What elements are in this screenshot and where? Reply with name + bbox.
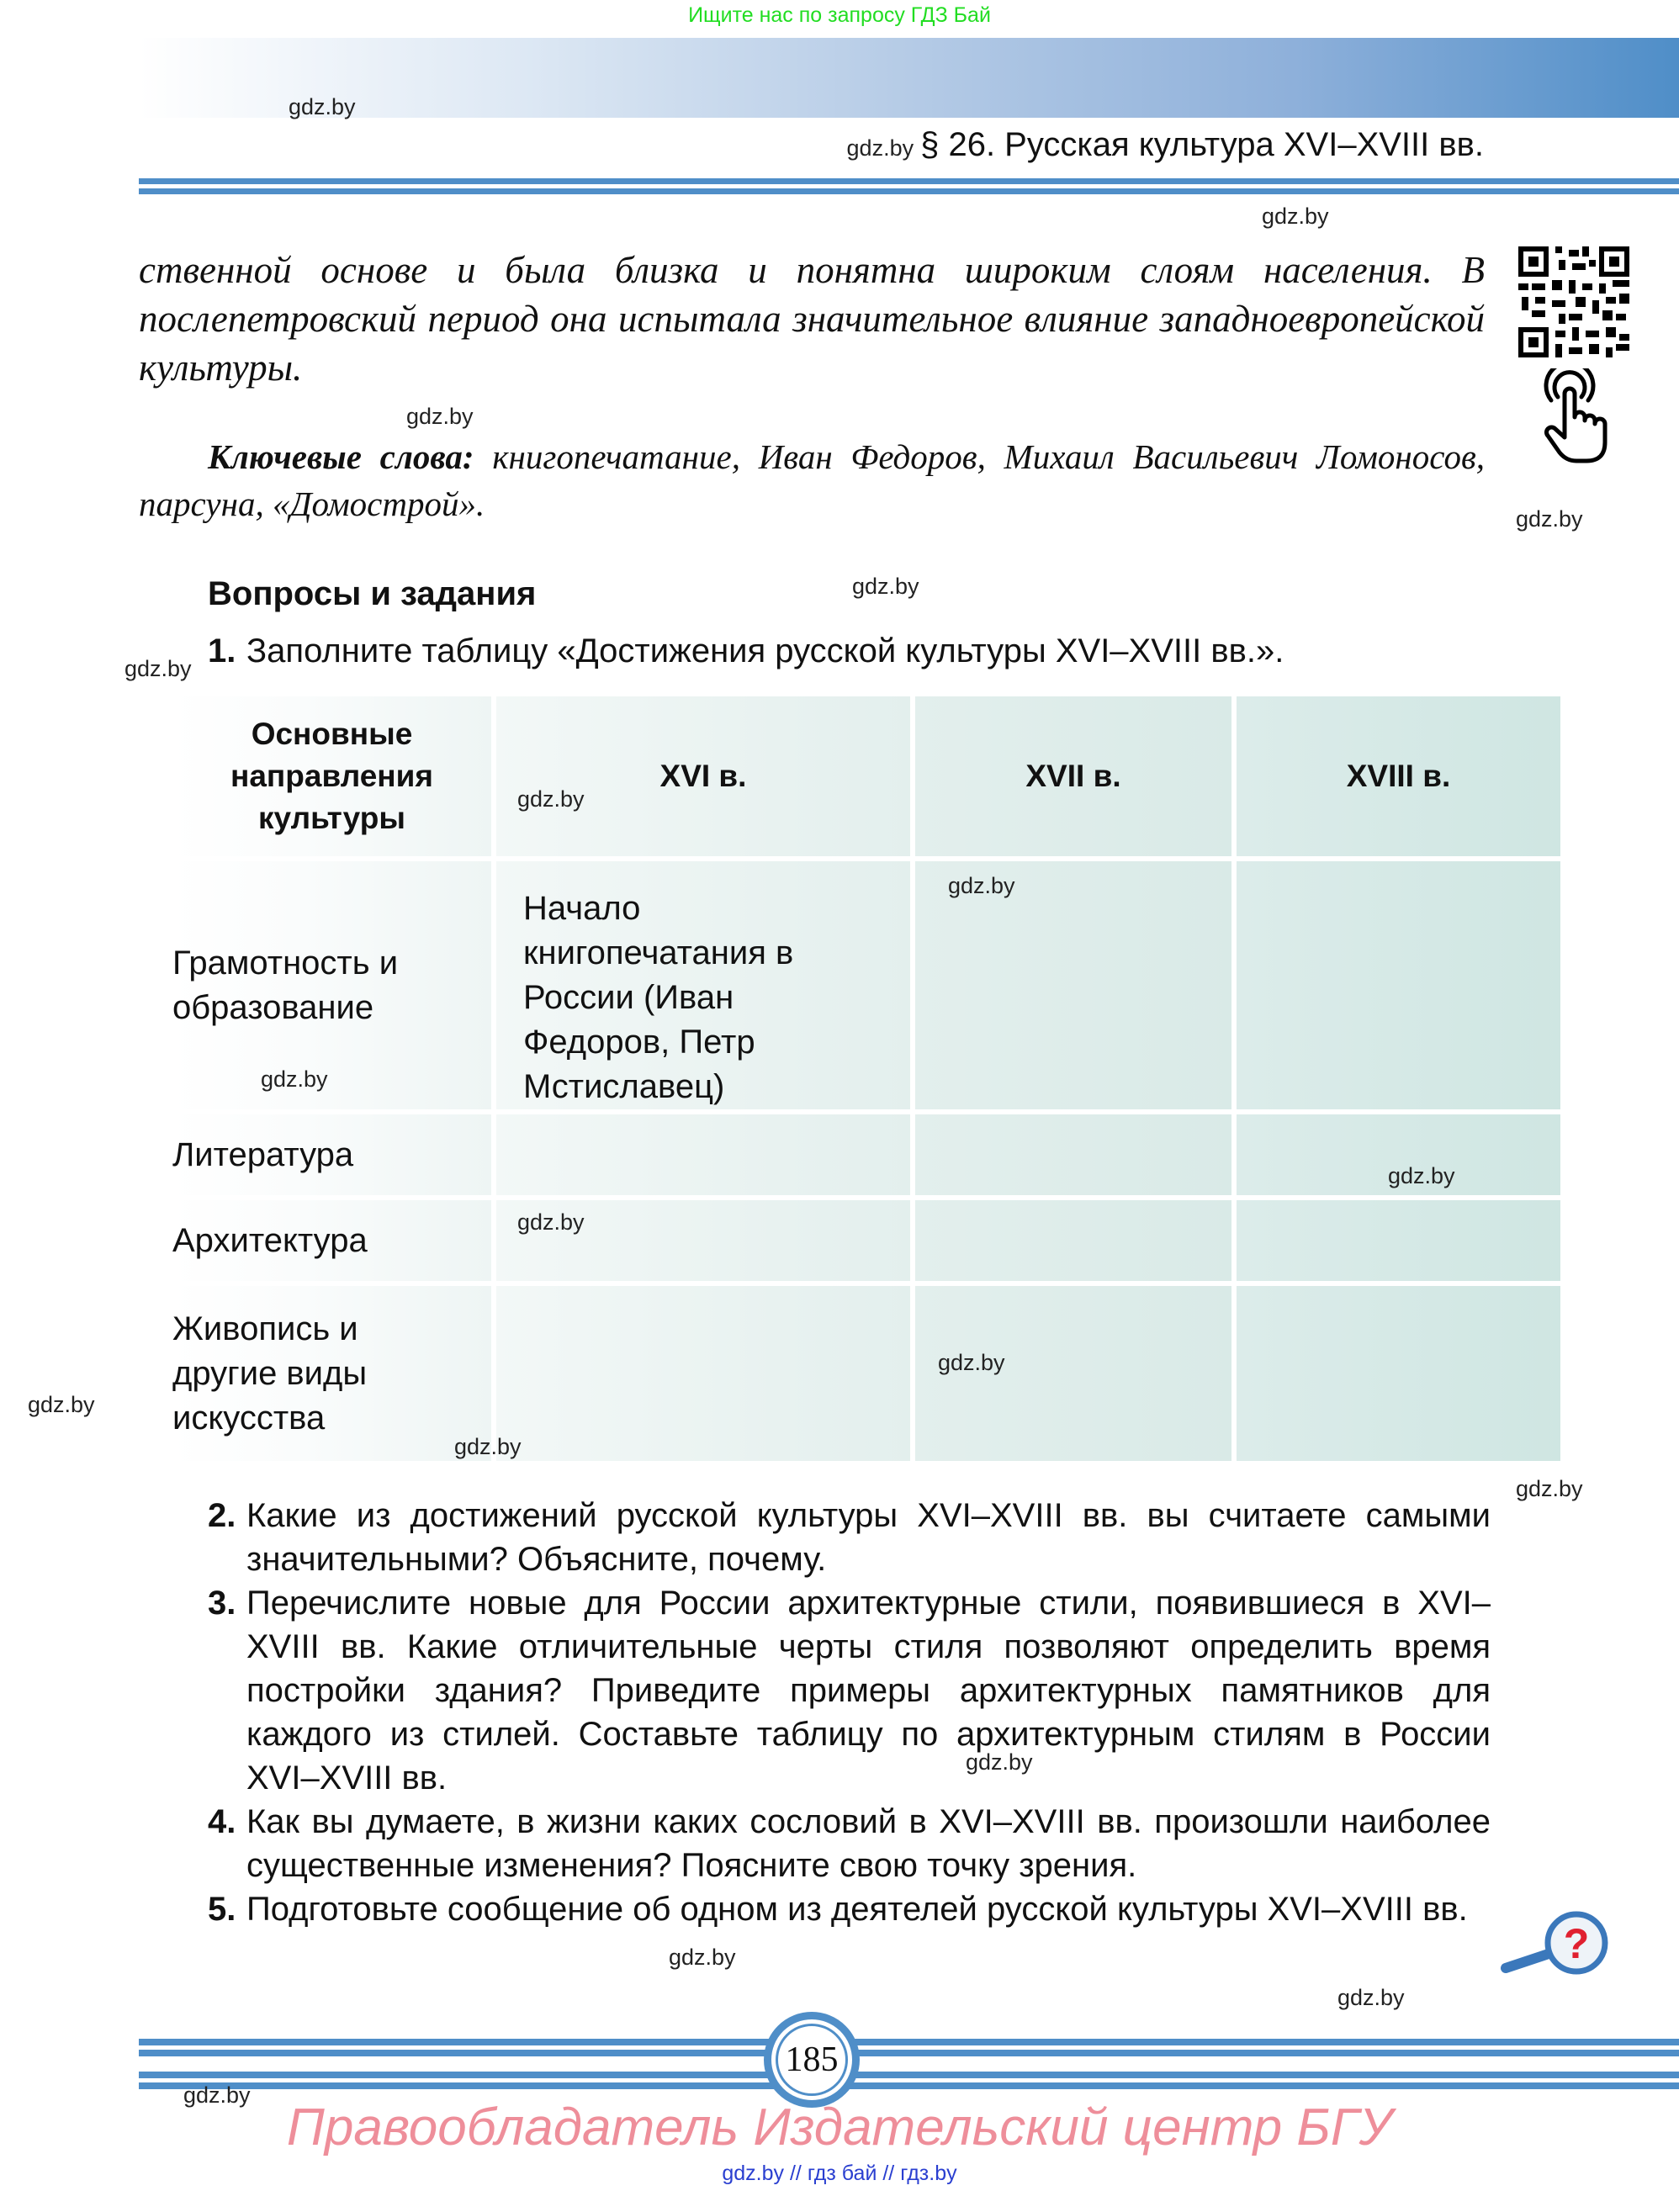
footer-rule (139, 2082, 1679, 2089)
question-number: 2. (208, 1494, 236, 1537)
watermark: gdz.by (1337, 1985, 1405, 2011)
footer-rule (139, 2050, 1679, 2056)
keywords-label: Ключевые слова: (208, 437, 474, 476)
watermark: gdz.by (966, 1749, 1033, 1775)
watermark: gdz.by (124, 656, 192, 682)
table-cell[interactable]: Начало книгопечатания в России (Иван Фед… (496, 861, 915, 1114)
table-header: XVIII в. (1237, 696, 1560, 861)
header-rule (139, 188, 1679, 194)
question-text: Заполните таблицу «Достижения русской ку… (246, 629, 1491, 673)
table-cell[interactable] (496, 1114, 915, 1200)
watermark: gdz.by (289, 94, 356, 120)
rights-holder: Правообладатель Издательский центр БГУ (0, 2098, 1679, 2157)
question-item: 1. Заполните таблицу «Достижения русской… (208, 629, 1491, 673)
watermark: gdz.by (1388, 1163, 1455, 1189)
header-banner (139, 38, 1679, 118)
table-header-row: Основные направления культуры XVI в. XVI… (172, 696, 1560, 861)
table-cell[interactable] (1237, 861, 1560, 1114)
table-row-label: Живопись и другие виды искусства (172, 1286, 496, 1461)
footer-rule (139, 2039, 1679, 2045)
footer-links[interactable]: gdz.by // гдз бай // гдз.by (0, 2162, 1679, 2186)
watermark: gdz.by (669, 1945, 736, 1971)
footer-rule (139, 2072, 1679, 2078)
table-header: XVI в. (496, 696, 915, 861)
watermark: gdz.by (938, 1350, 1005, 1376)
question-number: 4. (208, 1800, 236, 1844)
culture-achievements-table: Основные направления культуры XVI в. XVI… (172, 696, 1560, 1461)
table-cell[interactable] (915, 861, 1237, 1114)
question-item: 2. Какие из достижений русской культуры … (208, 1494, 1491, 1581)
table-row: Архитектура (172, 1200, 1560, 1286)
watermark: gdz.by (1516, 506, 1583, 532)
table-row-label: Архитектура (172, 1200, 496, 1286)
question-number: 5. (208, 1887, 236, 1931)
questions-heading: Вопросы и задания (208, 575, 536, 613)
table-row: Литература (172, 1114, 1560, 1200)
question-item: 4. Как вы думаете, в жизни каких сослови… (208, 1800, 1491, 1887)
top-notice: Ищите нас по запросу ГДЗ Бай (0, 3, 1679, 28)
section-title-text: § 26. Русская культура XVI–XVIII вв. (920, 126, 1484, 163)
watermark: gdz.by (517, 1209, 585, 1236)
table-header: XVII в. (915, 696, 1237, 861)
table-row: Живопись и другие виды искусства (172, 1286, 1560, 1461)
watermark: gdz.by (454, 1434, 522, 1460)
header-rule (139, 178, 1679, 184)
watermark: gdz.by (261, 1066, 328, 1093)
watermark: gdz.by (28, 1392, 95, 1418)
intro-paragraph: ственной основе и была близка и понятна … (139, 246, 1485, 392)
page-number-badge: 185 (764, 2012, 860, 2108)
question-item: 5. Подготовьте сообщение об одном из дея… (208, 1887, 1491, 1931)
question-text: Подготовьте сообщение об одном из деятел… (246, 1887, 1491, 1931)
watermark: gdz.by (406, 404, 474, 430)
question-number: 3. (208, 1581, 236, 1625)
question-text: Перечислите новые для России архитектурн… (246, 1581, 1491, 1800)
svg-text:?: ? (1564, 1920, 1590, 1967)
table-cell[interactable] (1237, 1286, 1560, 1461)
table-cell[interactable] (915, 1114, 1237, 1200)
table-row: Грамотность и образование Начало книгопе… (172, 861, 1560, 1114)
section-title: gdz.by§ 26. Русская культура XVI–XVIII в… (847, 126, 1484, 164)
table-cell[interactable] (915, 1200, 1237, 1286)
table-cell[interactable] (496, 1286, 915, 1461)
watermark: gdz.by (1262, 204, 1329, 230)
qr-code-icon[interactable] (1518, 246, 1629, 357)
watermark: gdz.by (517, 786, 585, 812)
touch-hand-icon (1539, 368, 1615, 465)
page-number: 185 (776, 2024, 848, 2096)
table-cell[interactable] (1237, 1200, 1560, 1286)
question-number: 1. (208, 629, 236, 673)
watermark: gdz.by (852, 574, 919, 600)
question-item: 3. Перечислите новые для России архитект… (208, 1581, 1491, 1800)
table-row-label: Грамотность и образование (172, 861, 496, 1114)
watermark: gdz.by (1516, 1476, 1583, 1502)
watermark: gdz.by (948, 873, 1015, 899)
table-header: Основные направления культуры (172, 696, 496, 861)
magnifier-question-icon: ? (1499, 1908, 1617, 1983)
keywords-paragraph: Ключевые слова: книгопечатание, Иван Фед… (139, 433, 1485, 527)
question-text: Какие из достижений русской культуры XVI… (246, 1494, 1491, 1581)
watermark: gdz.by (847, 135, 914, 161)
table-row-label: Литература (172, 1114, 496, 1200)
question-text: Как вы думаете, в жизни каких сословий в… (246, 1800, 1491, 1887)
